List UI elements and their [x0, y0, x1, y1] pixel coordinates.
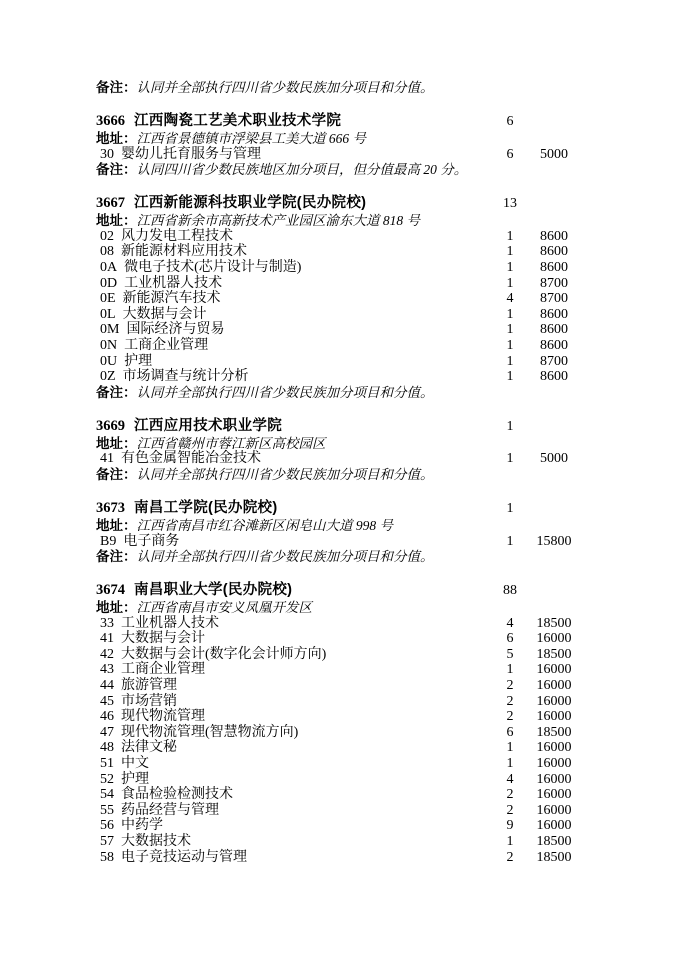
- major-code: 56: [100, 818, 114, 833]
- major-code: 0M: [100, 322, 119, 337]
- school-header: 3674南昌职业大学(民办院校) 88: [96, 581, 578, 600]
- major-code: 0U: [100, 354, 117, 369]
- major-tuition-fee: 16000: [530, 772, 578, 788]
- major-name: 新能源材料应用技术: [121, 244, 247, 259]
- major-tuition-fee: 5000: [530, 451, 578, 467]
- major-plan-count: 4: [490, 291, 530, 307]
- note-text: 认同四川省少数民族地区加分项目，但分值最高 20 分。: [137, 162, 468, 177]
- major-code: 44: [100, 678, 114, 693]
- major-tuition-fee: 8600: [530, 260, 578, 276]
- major-name: 旅游管理: [121, 678, 177, 693]
- note-text: 认同并全部执行四川省少数民族加分项目和分值。: [137, 467, 434, 482]
- school-code: 3673: [96, 500, 125, 516]
- school-section: 3673南昌工学院(民办院校) 1 地址：江西省南昌市红谷滩新区闲皂山大道 99…: [96, 499, 578, 565]
- major-tuition-fee: 8700: [530, 291, 578, 307]
- major-code: 54: [100, 787, 114, 802]
- school-address-line: 地址：江西省新余市高新技术产业园区渝东大道 818 号: [96, 213, 578, 229]
- note-label: 备注：: [96, 385, 137, 400]
- major-tuition-fee: 16000: [530, 631, 578, 647]
- major-rows: 30婴幼儿托育服务与管理 6 5000: [96, 147, 578, 163]
- major-title: 44旅游管理: [96, 678, 490, 694]
- major-code: 33: [100, 616, 114, 631]
- major-name: 中药学: [121, 818, 163, 833]
- major-title: 57大数据技术: [96, 834, 490, 850]
- major-plan-count: 2: [490, 709, 530, 725]
- major-code: 58: [100, 850, 114, 865]
- address-label: 地址：: [96, 518, 137, 533]
- major-title: 0U护理: [96, 354, 490, 370]
- major-plan-count: 2: [490, 678, 530, 694]
- school-address-line: 地址：江西省赣州市蓉江新区高校园区: [96, 436, 578, 452]
- school-code: 3674: [96, 582, 125, 598]
- major-name: 市场调查与统计分析: [123, 369, 249, 384]
- address-label: 地址：: [96, 131, 137, 146]
- major-tuition-fee: 16000: [530, 818, 578, 834]
- address-label: 地址：: [96, 436, 137, 451]
- major-name: 国际经济与贸易: [126, 322, 224, 337]
- school-note-line: 备注：认同并全部执行四川省少数民族加分项目和分值。: [96, 385, 578, 401]
- school-title: 3674南昌职业大学(民办院校): [96, 581, 490, 599]
- major-tuition-fee: 18500: [530, 850, 578, 866]
- major-title: 0N工商企业管理: [96, 338, 490, 354]
- major-title: 0D工业机器人技术: [96, 276, 490, 292]
- major-row: 02风力发电工程技术 1 8600: [96, 229, 578, 245]
- major-title: 0A微电子技术(芯片设计与制造): [96, 260, 490, 276]
- major-title: 02风力发电工程技术: [96, 229, 490, 245]
- school-title: 3669江西应用技术职业学院: [96, 417, 490, 435]
- major-title: 54食品检验检测技术: [96, 787, 490, 803]
- major-code: 0A: [100, 260, 117, 275]
- major-plan-count: 4: [490, 772, 530, 788]
- major-name: 电子商务: [123, 534, 179, 549]
- major-row: 0A微电子技术(芯片设计与制造) 1 8600: [96, 260, 578, 276]
- major-tuition-fee: 8600: [530, 338, 578, 354]
- major-plan-count: 9: [490, 818, 530, 834]
- school-total-plan-count: 6: [490, 113, 530, 131]
- major-name: 电子竞技运动与管理: [121, 850, 247, 865]
- address-text: 江西省南昌市安义凤凰开发区: [137, 600, 313, 615]
- major-name: 大数据技术: [121, 834, 191, 849]
- school-total-plan-count: 1: [490, 500, 530, 518]
- major-title: 58电子竞技运动与管理: [96, 850, 490, 866]
- major-rows: 02风力发电工程技术 1 8600 08新能源材料应用技术 1 8600 0A微…: [96, 229, 578, 385]
- major-code: 0N: [100, 338, 117, 353]
- school-code: 3669: [96, 418, 125, 434]
- major-title: 42大数据与会计(数字化会计师方向): [96, 647, 490, 663]
- major-code: 48: [100, 740, 114, 755]
- major-title: 48法律文秘: [96, 740, 490, 756]
- major-tuition-fee: 15800: [530, 534, 578, 550]
- major-code: B9: [100, 534, 116, 549]
- school-section: 3669江西应用技术职业学院 1 地址：江西省赣州市蓉江新区高校园区 41有色金…: [96, 417, 578, 483]
- major-row: 0L大数据与会计 1 8600: [96, 307, 578, 323]
- major-tuition-fee: 16000: [530, 756, 578, 772]
- major-name: 护理: [121, 772, 149, 787]
- school-title: 3673南昌工学院(民办院校): [96, 499, 490, 517]
- school-section: 3674南昌职业大学(民办院校) 88 地址：江西省南昌市安义凤凰开发区 33工…: [96, 581, 578, 865]
- major-tuition-fee: 16000: [530, 662, 578, 678]
- school-header: 3667江西新能源科技职业学院(民办院校) 13: [96, 194, 578, 213]
- school-address-line: 地址：江西省景德镇市浮梁县工美大道 666 号: [96, 131, 578, 147]
- major-rows: 41有色金属智能冶金技术 1 5000: [96, 451, 578, 467]
- address-label: 地址：: [96, 600, 137, 615]
- major-row: 0U护理 1 8700: [96, 354, 578, 370]
- major-row: 0N工商企业管理 1 8600: [96, 338, 578, 354]
- major-row: 58电子竞技运动与管理 2 18500: [96, 850, 578, 866]
- major-name: 有色金属智能冶金技术: [121, 451, 261, 466]
- major-code: 0L: [100, 307, 116, 322]
- address-text: 江西省赣州市蓉江新区高校园区: [137, 436, 326, 451]
- major-plan-count: 1: [490, 260, 530, 276]
- major-row: 51中文 1 16000: [96, 756, 578, 772]
- major-name: 大数据与会计(数字化会计师方向): [121, 647, 326, 662]
- major-name: 食品检验检测技术: [121, 787, 233, 802]
- major-row: 41大数据与会计 6 16000: [96, 631, 578, 647]
- major-row: 54食品检验检测技术 2 16000: [96, 787, 578, 803]
- major-title: 30婴幼儿托育服务与管理: [96, 147, 490, 163]
- major-title: 0L大数据与会计: [96, 307, 490, 323]
- major-row: 48法律文秘 1 16000: [96, 740, 578, 756]
- major-tuition-fee: 16000: [530, 740, 578, 756]
- school-note-line: 备注：认同并全部执行四川省少数民族加分项目和分值。: [96, 467, 578, 483]
- major-row: 47现代物流管理(智慧物流方向) 6 18500: [96, 725, 578, 741]
- major-plan-count: 2: [490, 694, 530, 710]
- major-plan-count: 1: [490, 534, 530, 550]
- major-row: B9电子商务 1 15800: [96, 534, 578, 550]
- major-title: 0E新能源汽车技术: [96, 291, 490, 307]
- major-name: 工业机器人技术: [124, 276, 222, 291]
- major-row: 41有色金属智能冶金技术 1 5000: [96, 451, 578, 467]
- major-tuition-fee: 18500: [530, 725, 578, 741]
- major-row: 0D工业机器人技术 1 8700: [96, 276, 578, 292]
- school-name: 南昌职业大学(民办院校): [134, 582, 292, 598]
- major-code: 52: [100, 772, 114, 787]
- major-tuition-fee: 18500: [530, 616, 578, 632]
- major-plan-count: 1: [490, 756, 530, 772]
- school-header: 3666江西陶瓷工艺美术职业技术学院 6: [96, 112, 578, 131]
- major-row: 30婴幼儿托育服务与管理 6 5000: [96, 147, 578, 163]
- school-note-line: 备注：认同并全部执行四川省少数民族加分项目和分值。: [96, 549, 578, 565]
- major-tuition-fee: 8600: [530, 369, 578, 385]
- major-code: 42: [100, 647, 114, 662]
- major-tuition-fee: 8700: [530, 276, 578, 292]
- major-title: 08新能源材料应用技术: [96, 244, 490, 260]
- major-tuition-fee: 16000: [530, 709, 578, 725]
- major-tuition-fee: 16000: [530, 803, 578, 819]
- major-title: 45市场营销: [96, 694, 490, 710]
- major-plan-count: 1: [490, 662, 530, 678]
- major-name: 微电子技术(芯片设计与制造): [124, 260, 301, 275]
- major-title: 55药品经营与管理: [96, 803, 490, 819]
- major-plan-count: 1: [490, 307, 530, 323]
- major-row: 52护理 4 16000: [96, 772, 578, 788]
- major-name: 风力发电工程技术: [121, 229, 233, 244]
- major-code: 57: [100, 834, 114, 849]
- major-name: 现代物流管理(智慧物流方向): [121, 725, 298, 740]
- major-row: 0E新能源汽车技术 4 8700: [96, 291, 578, 307]
- school-total-plan-count: 88: [490, 582, 530, 600]
- school-address-line: 地址：江西省南昌市红谷滩新区闲皂山大道 998 号: [96, 518, 578, 534]
- major-code: 0Z: [100, 369, 116, 384]
- address-text: 江西省新余市高新技术产业园区渝东大道 818 号: [137, 213, 421, 228]
- major-tuition-fee: 16000: [530, 694, 578, 710]
- major-tuition-fee: 8700: [530, 354, 578, 370]
- major-code: 0D: [100, 276, 117, 291]
- major-title: 41有色金属智能冶金技术: [96, 451, 490, 467]
- school-header: 3669江西应用技术职业学院 1: [96, 417, 578, 436]
- major-plan-count: 1: [490, 834, 530, 850]
- note-text: 认同并全部执行四川省少数民族加分项目和分值。: [137, 549, 434, 564]
- major-tuition-fee: 8600: [530, 244, 578, 260]
- major-plan-count: 1: [490, 369, 530, 385]
- major-row: 0Z市场调查与统计分析 1 8600: [96, 369, 578, 385]
- major-code: 02: [100, 229, 114, 244]
- major-row: 44旅游管理 2 16000: [96, 678, 578, 694]
- major-row: 42大数据与会计(数字化会计师方向) 5 18500: [96, 647, 578, 663]
- document-page: 备注：认同并全部执行四川省少数民族加分项目和分值。 3666江西陶瓷工艺美术职业…: [0, 0, 680, 961]
- major-plan-count: 6: [490, 631, 530, 647]
- major-rows: 33工业机器人技术 4 18500 41大数据与会计 6 16000 42大数据…: [96, 616, 578, 866]
- major-row: 0M国际经济与贸易 1 8600: [96, 322, 578, 338]
- school-name: 南昌工学院(民办院校): [134, 500, 277, 516]
- major-row: 55药品经营与管理 2 16000: [96, 803, 578, 819]
- major-code: 47: [100, 725, 114, 740]
- major-tuition-fee: 18500: [530, 647, 578, 663]
- major-code: 0E: [100, 291, 116, 306]
- major-name: 市场营销: [121, 694, 177, 709]
- major-code: 30: [100, 147, 114, 162]
- note-label: 备注：: [96, 80, 137, 95]
- major-tuition-fee: 8600: [530, 229, 578, 245]
- school-header: 3673南昌工学院(民办院校) 1: [96, 499, 578, 518]
- school-address-line: 地址：江西省南昌市安义凤凰开发区: [96, 600, 578, 616]
- major-name: 新能源汽车技术: [123, 291, 221, 306]
- major-row: 45市场营销 2 16000: [96, 694, 578, 710]
- note-label: 备注：: [96, 162, 137, 177]
- note-label: 备注：: [96, 549, 137, 564]
- note-label: 备注：: [96, 467, 137, 482]
- school-note-line: 备注：认同四川省少数民族地区加分项目，但分值最高 20 分。: [96, 162, 578, 178]
- address-text: 江西省南昌市红谷滩新区闲皂山大道 998 号: [137, 518, 394, 533]
- major-title: 0Z市场调查与统计分析: [96, 369, 490, 385]
- major-row: 56中药学 9 16000: [96, 818, 578, 834]
- major-name: 工商企业管理: [124, 338, 208, 353]
- school-total-plan-count: 1: [490, 418, 530, 436]
- major-plan-count: 6: [490, 147, 530, 163]
- school-total-plan-count: 13: [490, 195, 530, 213]
- major-name: 护理: [124, 354, 152, 369]
- major-title: 47现代物流管理(智慧物流方向): [96, 725, 490, 741]
- major-plan-count: 1: [490, 322, 530, 338]
- major-plan-count: 2: [490, 787, 530, 803]
- major-title: 52护理: [96, 772, 490, 788]
- major-title: 51中文: [96, 756, 490, 772]
- major-code: 41: [100, 631, 114, 646]
- major-name: 婴幼儿托育服务与管理: [121, 147, 261, 162]
- major-name: 法律文秘: [121, 740, 177, 755]
- major-code: 46: [100, 709, 114, 724]
- major-plan-count: 1: [490, 338, 530, 354]
- major-plan-count: 1: [490, 740, 530, 756]
- major-code: 43: [100, 662, 114, 677]
- major-plan-count: 2: [490, 803, 530, 819]
- major-row: 08新能源材料应用技术 1 8600: [96, 244, 578, 260]
- major-name: 工业机器人技术: [121, 616, 219, 631]
- major-title: 41大数据与会计: [96, 631, 490, 647]
- major-title: 0M国际经济与贸易: [96, 322, 490, 338]
- major-name: 大数据与会计: [123, 307, 207, 322]
- address-label: 地址：: [96, 213, 137, 228]
- school-code: 3666: [96, 113, 125, 129]
- major-code: 51: [100, 756, 114, 771]
- major-rows: B9电子商务 1 15800: [96, 534, 578, 550]
- major-title: 56中药学: [96, 818, 490, 834]
- school-sections: 3666江西陶瓷工艺美术职业技术学院 6 地址：江西省景德镇市浮梁县工美大道 6…: [96, 112, 578, 865]
- major-title: 46现代物流管理: [96, 709, 490, 725]
- major-plan-count: 1: [490, 229, 530, 245]
- major-code: 55: [100, 803, 114, 818]
- note-text: 认同并全部执行四川省少数民族加分项目和分值。: [137, 80, 434, 95]
- major-plan-count: 1: [490, 451, 530, 467]
- school-name: 江西应用技术职业学院: [134, 418, 282, 434]
- school-section: 3666江西陶瓷工艺美术职业技术学院 6 地址：江西省景德镇市浮梁县工美大道 6…: [96, 112, 578, 178]
- school-code: 3667: [96, 195, 125, 211]
- school-title: 3666江西陶瓷工艺美术职业技术学院: [96, 112, 490, 130]
- school-name: 江西陶瓷工艺美术职业技术学院: [134, 113, 341, 129]
- major-row: 33工业机器人技术 4 18500: [96, 616, 578, 632]
- major-code: 08: [100, 244, 114, 259]
- major-plan-count: 5: [490, 647, 530, 663]
- major-tuition-fee: 8600: [530, 322, 578, 338]
- major-plan-count: 1: [490, 276, 530, 292]
- major-tuition-fee: 5000: [530, 147, 578, 163]
- major-tuition-fee: 8600: [530, 307, 578, 323]
- major-code: 45: [100, 694, 114, 709]
- major-name: 药品经营与管理: [121, 803, 219, 818]
- major-title: 43工商企业管理: [96, 662, 490, 678]
- major-name: 工商企业管理: [121, 662, 205, 677]
- major-row: 57大数据技术 1 18500: [96, 834, 578, 850]
- major-tuition-fee: 16000: [530, 678, 578, 694]
- major-plan-count: 6: [490, 725, 530, 741]
- school-name: 江西新能源科技职业学院(民办院校): [134, 195, 366, 211]
- major-name: 大数据与会计: [121, 631, 205, 646]
- major-plan-count: 4: [490, 616, 530, 632]
- major-plan-count: 1: [490, 354, 530, 370]
- note-text: 认同并全部执行四川省少数民族加分项目和分值。: [137, 385, 434, 400]
- major-plan-count: 2: [490, 850, 530, 866]
- major-title: 33工业机器人技术: [96, 616, 490, 632]
- address-text: 江西省景德镇市浮梁县工美大道 666 号: [137, 131, 367, 146]
- major-name: 中文: [121, 756, 149, 771]
- major-row: 46现代物流管理 2 16000: [96, 709, 578, 725]
- major-plan-count: 1: [490, 244, 530, 260]
- school-section: 3667江西新能源科技职业学院(民办院校) 13 地址：江西省新余市高新技术产业…: [96, 194, 578, 401]
- major-code: 41: [100, 451, 114, 466]
- school-title: 3667江西新能源科技职业学院(民办院校): [96, 194, 490, 212]
- major-tuition-fee: 16000: [530, 787, 578, 803]
- major-row: 43工商企业管理 1 16000: [96, 662, 578, 678]
- major-name: 现代物流管理: [121, 709, 205, 724]
- continuation-note: 备注：认同并全部执行四川省少数民族加分项目和分值。: [96, 80, 578, 96]
- major-tuition-fee: 18500: [530, 834, 578, 850]
- major-title: B9电子商务: [96, 534, 490, 550]
